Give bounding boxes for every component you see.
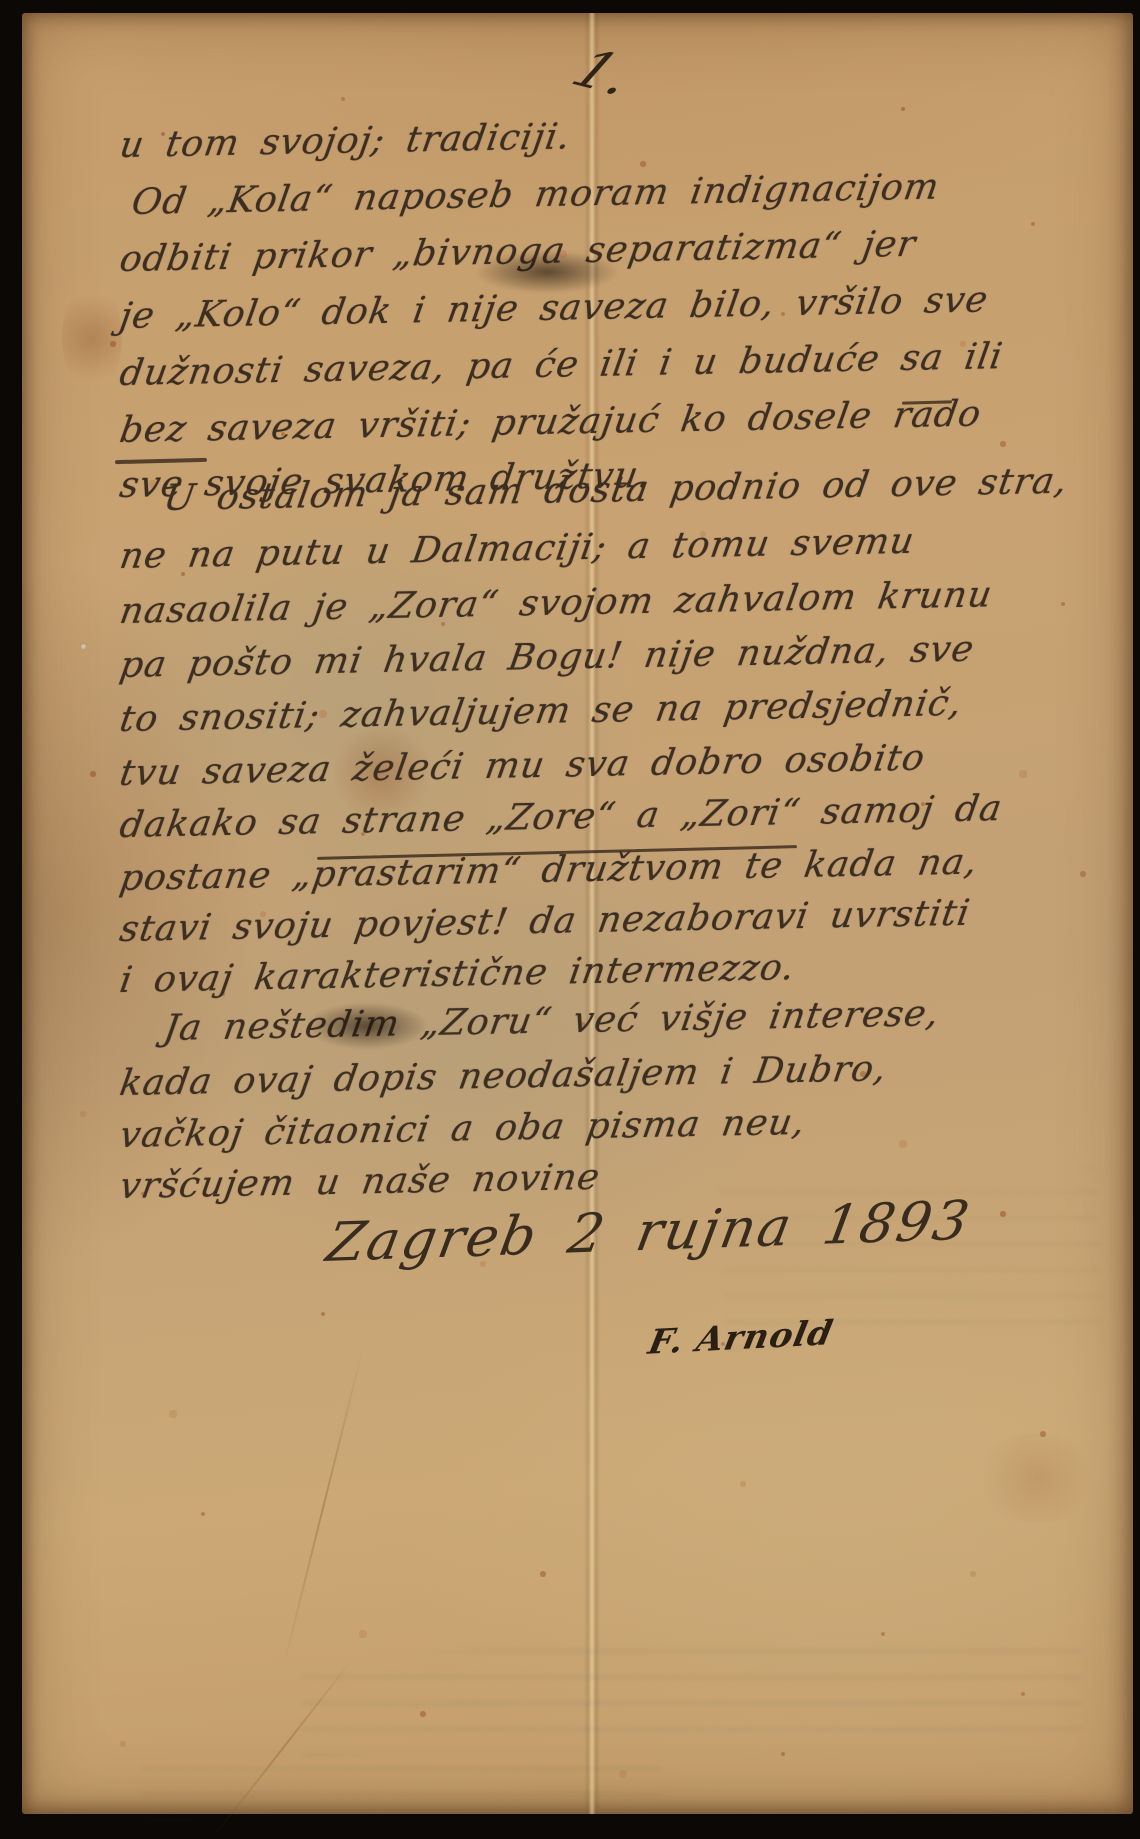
paper-hole	[80, 643, 87, 650]
signature: F. Arnold	[645, 1313, 837, 1362]
ink-blot-karak	[307, 1003, 427, 1049]
manuscript-line: ne na putu u Dalmaciji; a tomu svemu	[117, 521, 918, 577]
manuscript-line: dakako sa strane „Zore“ a „Zori“ samoj d…	[117, 788, 1005, 846]
manuscript-line: vačkoj čitaonici a oba pisma neu,	[117, 1102, 809, 1156]
manuscript-line: i ovaj karakteristične intermezzo.	[117, 947, 798, 1001]
manuscript-line: vršćujem u naše novine	[117, 1157, 603, 1207]
paper-sheet: 1. u tom svojoj; tradiciji. Od „Kola“ na…	[22, 13, 1133, 1814]
manuscript-line: stavi svoju povjest! da nezaboravi uvrst…	[117, 893, 973, 950]
manuscript-line: to snositi; zahvaljujem se na predsjedni…	[117, 683, 965, 740]
page-number: 1.	[561, 38, 646, 107]
manuscript-line: u tom svojoj; tradiciji.	[117, 116, 574, 166]
manuscript-line: kada ovaj dopis neodašaljem i Dubro,	[117, 1048, 890, 1104]
edge-stain	[62, 283, 122, 393]
manuscript-line: Od „Kola“ naposeb moram indignacijom	[129, 167, 942, 223]
manuscript-line: tvu saveza želeći mu sva dobro osobito	[117, 738, 928, 794]
faint-stain	[972, 1433, 1102, 1523]
manuscript-line: dužnosti saveza, pa će ili i u buduće sa…	[117, 336, 1006, 394]
ink-bleed-through	[300, 1629, 1083, 1756]
manuscript-line: nasaolila je „Zora“ svojom zahvalom krun…	[117, 574, 995, 632]
foxing-speckles-light	[22, 13, 24, 15]
manuscript-line: bez saveza vršiti; pružajuć ko dosele ra…	[117, 394, 984, 451]
corner-crease	[282, 1348, 364, 1669]
manuscript-line: pa pošto mi hvala Bogu! nije nuždna, sve	[117, 629, 977, 686]
manuscript-line: Ja neštedim „Zoru“ već višje interese,	[161, 993, 942, 1049]
scanned-letter-page: 1. u tom svojoj; tradiciji. Od „Kola“ na…	[0, 0, 1140, 1839]
ink-blot-separatizma	[477, 251, 617, 293]
